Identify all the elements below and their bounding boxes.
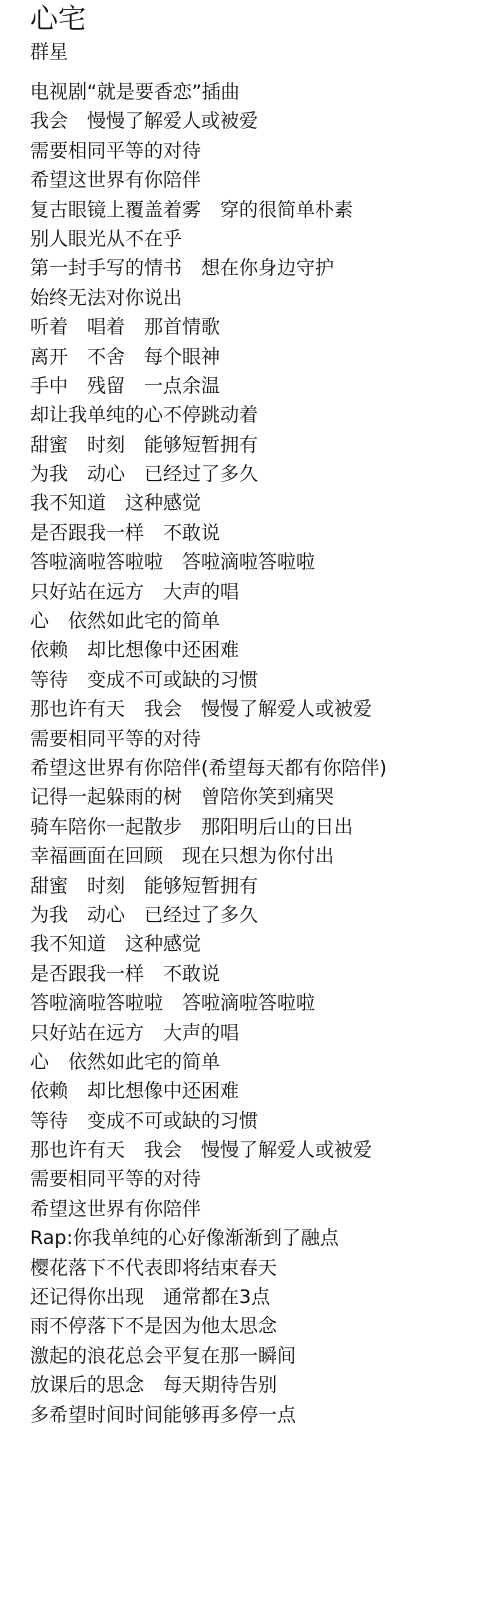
lyric-line: 那也许有天 我会 慢慢了解爱人或被爱	[30, 1136, 500, 1165]
lyric-line: 电视剧“就是要香恋”插曲	[30, 78, 500, 107]
lyrics-list: 电视剧“就是要香恋”插曲我会 慢慢了解爱人或被爱需要相同平等的对待希望这世界有你…	[30, 78, 500, 1430]
lyric-line: 记得一起躲雨的树 曾陪你笑到痛哭	[30, 783, 500, 812]
lyric-line: 依赖 却比想像中还困难	[30, 636, 500, 665]
lyric-line: 只好站在远方 大声的唱	[30, 578, 500, 607]
lyric-line: 希望这世界有你陪伴	[30, 1195, 500, 1224]
lyric-line: 手中 残留 一点余温	[30, 372, 500, 401]
lyric-line: 需要相同平等的对待	[30, 137, 500, 166]
lyric-line: 答啦滴啦答啦啦 答啦滴啦答啦啦	[30, 548, 500, 577]
lyric-line: 还记得你出现 通常都在3点	[30, 1283, 500, 1312]
song-title: 心宅	[30, 0, 500, 37]
lyric-line: 我不知道 这种感觉	[30, 489, 500, 518]
lyric-line: 雨不停落下不是因为他太思念	[30, 1312, 500, 1341]
lyric-line: 离开 不舍 每个眼神	[30, 343, 500, 372]
lyric-line: 需要相同平等的对待	[30, 1165, 500, 1194]
lyric-line: 却让我单纯的心不停跳动着	[30, 401, 500, 430]
lyric-line: 听着 唱着 那首情歌	[30, 313, 500, 342]
lyric-line: 幸福画面在回顾 现在只想为你付出	[30, 842, 500, 871]
lyric-line: 激起的浪花总会平复在那一瞬间	[30, 1342, 500, 1371]
lyric-line: 放课后的思念 每天期待告别	[30, 1371, 500, 1400]
lyric-line: 始终无法对你说出	[30, 284, 500, 313]
lyric-line: 甜蜜 时刻 能够短暂拥有	[30, 431, 500, 460]
lyric-line: 等待 变成不可或缺的习惯	[30, 1107, 500, 1136]
lyric-line: 心 依然如此宅的简单	[30, 1048, 500, 1077]
lyric-line: 第一封手写的情书 想在你身边守护	[30, 254, 500, 283]
lyric-line: 别人眼光从不在乎	[30, 225, 500, 254]
lyric-line: 希望这世界有你陪伴(希望每天都有你陪伴)	[30, 754, 500, 783]
artist-name: 群星	[30, 39, 500, 65]
lyric-line: 希望这世界有你陪伴	[30, 166, 500, 195]
lyric-line: 需要相同平等的对待	[30, 725, 500, 754]
lyric-line: 我不知道 这种感觉	[30, 930, 500, 959]
lyric-line: 甜蜜 时刻 能够短暂拥有	[30, 872, 500, 901]
lyric-line: 我会 慢慢了解爱人或被爱	[30, 107, 500, 136]
lyric-line: 樱花落下不代表即将结束春天	[30, 1254, 500, 1283]
lyric-line: 心 依然如此宅的简单	[30, 607, 500, 636]
lyric-line: 为我 动心 已经过了多久	[30, 901, 500, 930]
lyric-line: 复古眼镜上覆盖着雾 穿的很简单朴素	[30, 196, 500, 225]
lyric-line: 答啦滴啦答啦啦 答啦滴啦答啦啦	[30, 989, 500, 1018]
lyric-line: 是否跟我一样 不敢说	[30, 960, 500, 989]
lyric-line: 为我 动心 已经过了多久	[30, 460, 500, 489]
lyrics-page: 心宅 群星 电视剧“就是要香恋”插曲我会 慢慢了解爱人或被爱需要相同平等的对待希…	[0, 0, 500, 1430]
lyric-line: 依赖 却比想像中还困难	[30, 1077, 500, 1106]
lyric-line: 是否跟我一样 不敢说	[30, 519, 500, 548]
lyric-line: 那也许有天 我会 慢慢了解爱人或被爱	[30, 695, 500, 724]
lyric-line: 等待 变成不可或缺的习惯	[30, 666, 500, 695]
lyric-line: Rap:你我单纯的心好像渐渐到了融点	[30, 1224, 500, 1253]
lyric-line: 多希望时间时间能够再多停一点	[30, 1401, 500, 1430]
lyric-line: 只好站在远方 大声的唱	[30, 1019, 500, 1048]
lyric-line: 骑车陪你一起散步 那阳明后山的日出	[30, 813, 500, 842]
